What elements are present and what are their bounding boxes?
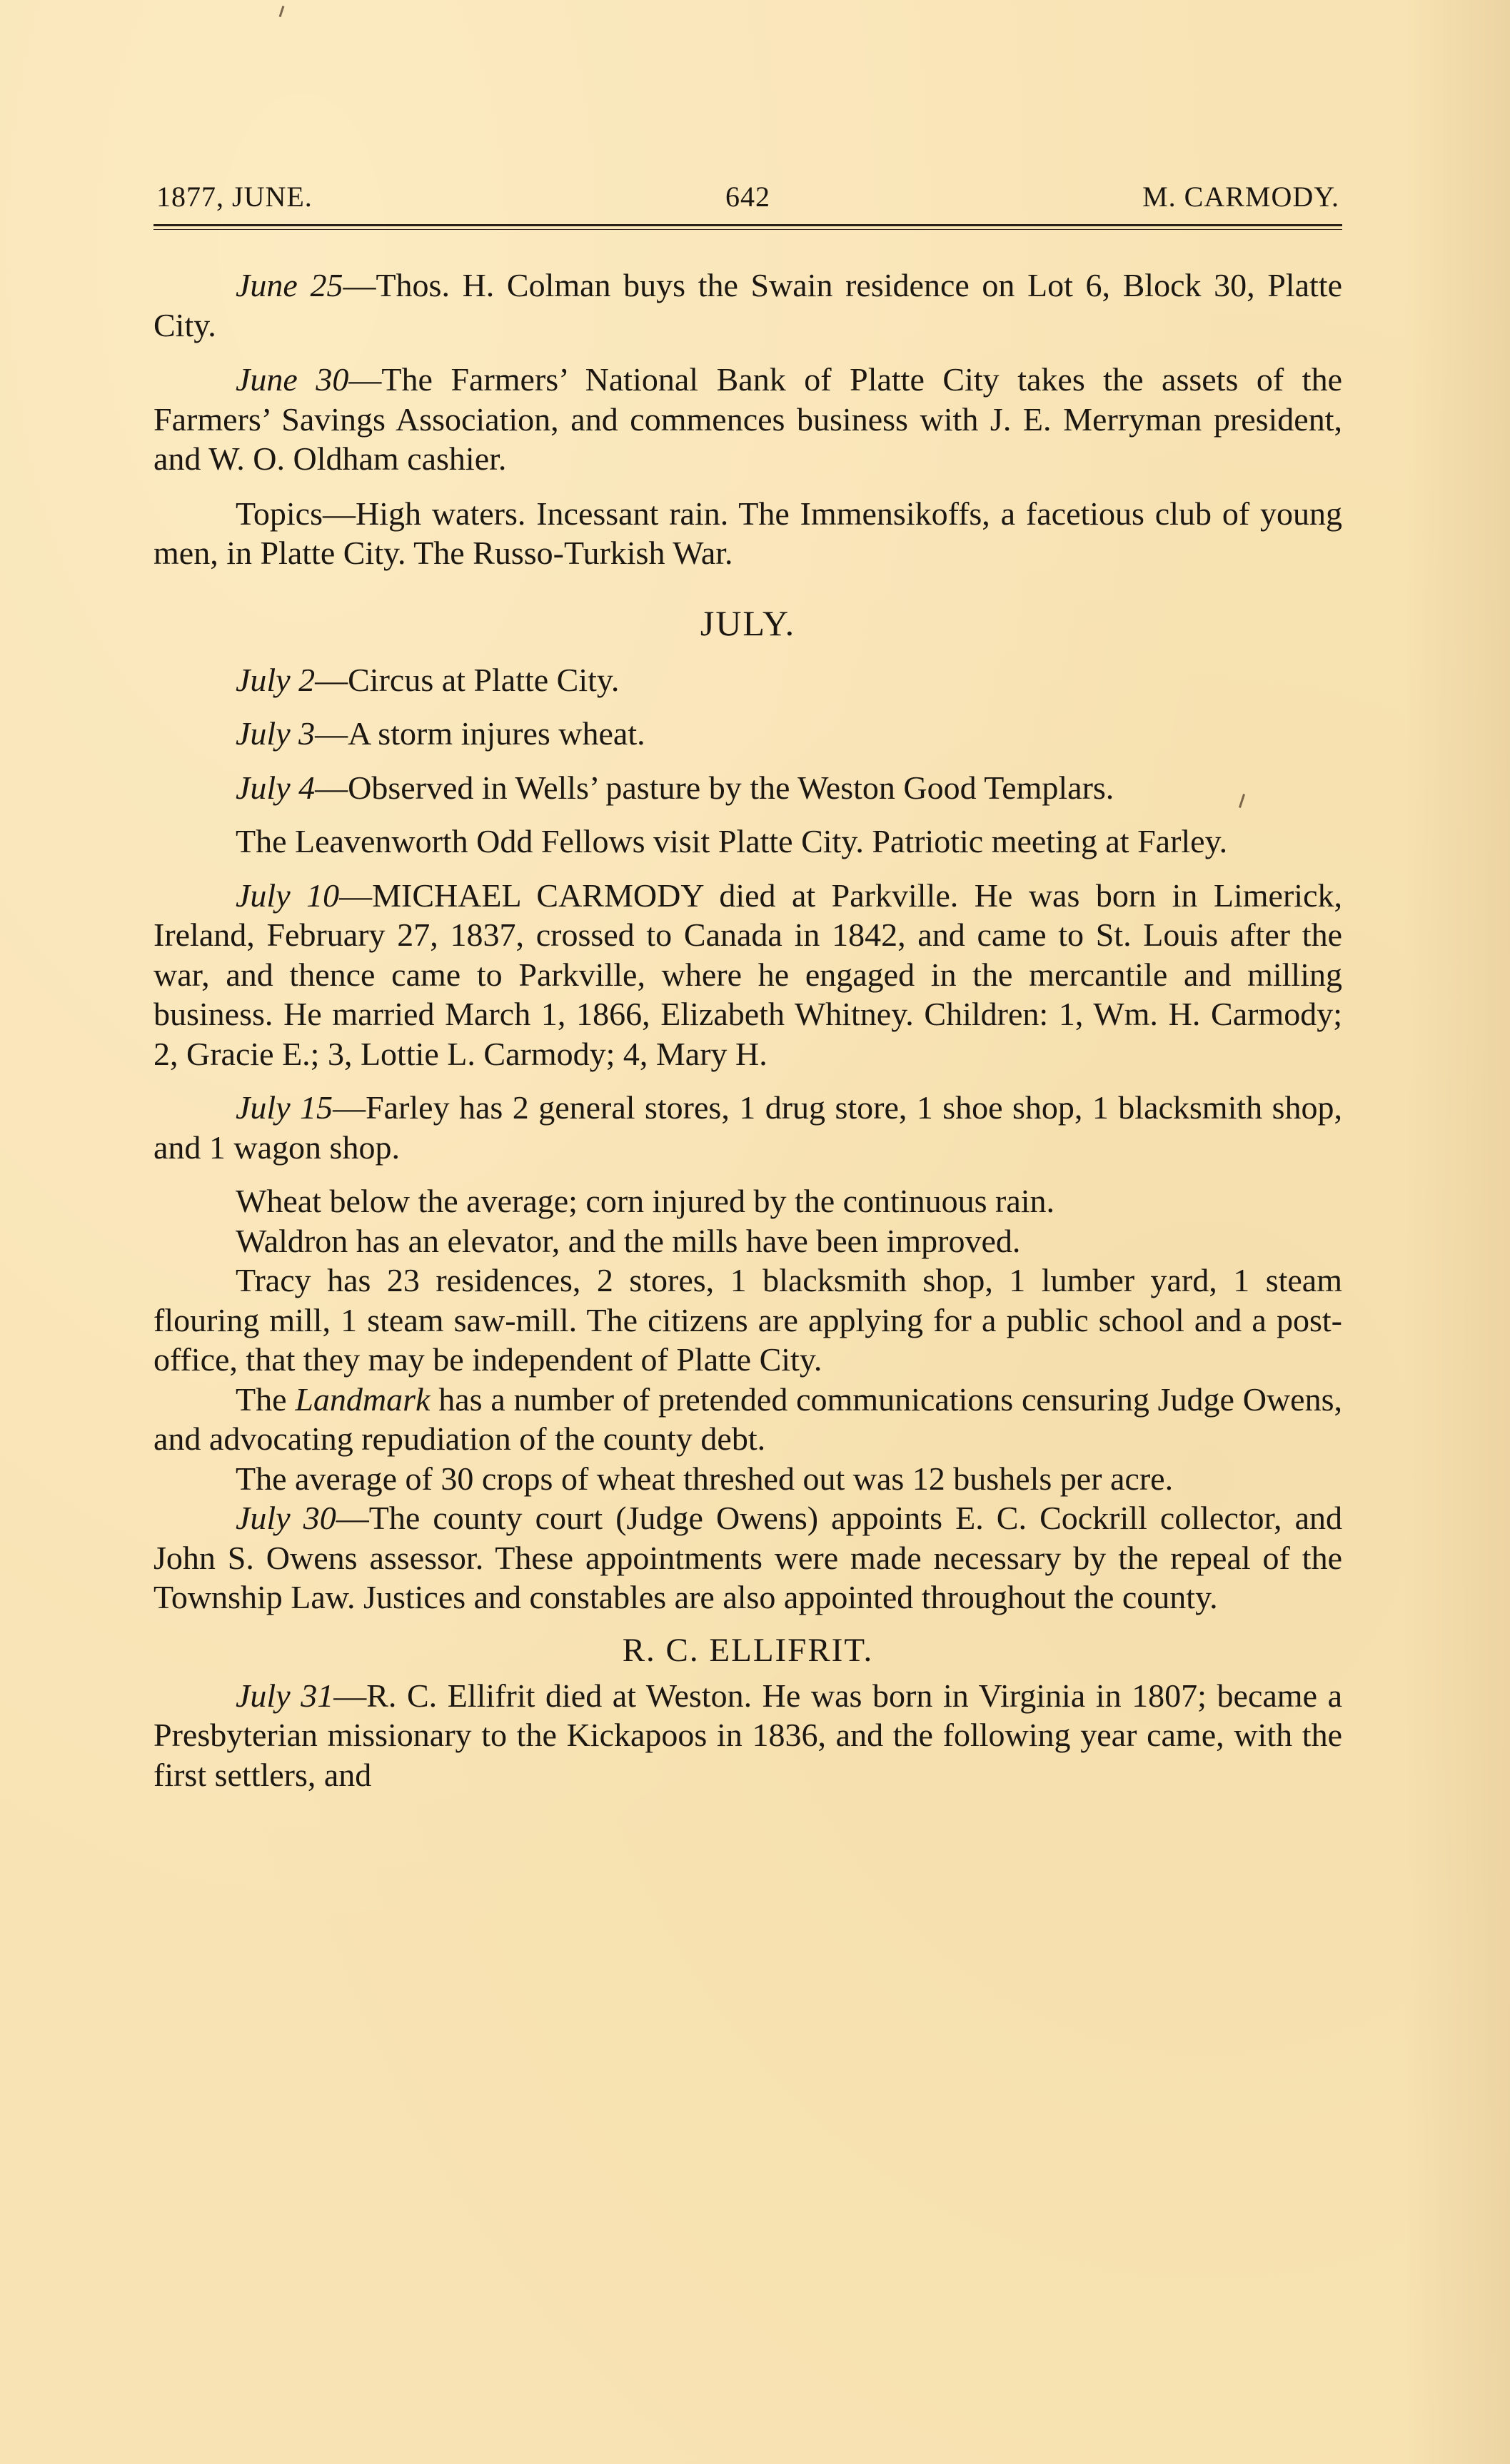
- entry-date: July 3: [236, 715, 315, 752]
- entry-july-3: July 3—A storm injures wheat.: [153, 714, 1342, 754]
- running-head: 1877, JUNE. 642 M. CARMODY.: [153, 178, 1342, 216]
- entry-date: July 31: [236, 1677, 333, 1714]
- entry-text: Topics—High waters. Incessant rain. The …: [153, 495, 1342, 572]
- entry-text-pre: The: [236, 1381, 295, 1418]
- entry-june-30: June 30—The Farmers’ National Bank of Pl…: [153, 360, 1342, 479]
- entry-topics: Topics—High waters. Incessant rain. The …: [153, 494, 1342, 573]
- entry-june-25: June 25—Thos. H. Colman buys the Swain r…: [153, 266, 1342, 345]
- newspaper-title: Landmark: [295, 1381, 430, 1418]
- entry-july-31: July 31—R. C. Ellifrit died at Weston. H…: [153, 1676, 1342, 1795]
- entry-date: June 30: [236, 361, 348, 398]
- entry-date: July 15: [236, 1089, 333, 1126]
- entry-wheat-average: The average of 30 crops of wheat threshe…: [153, 1459, 1342, 1499]
- entry-text: Waldron has an elevator, and the mills h…: [236, 1223, 1020, 1259]
- section-heading-july: JULY.: [153, 602, 1342, 645]
- entry-july-10: July 10—MICHAEL CARMODY died at Parkvill…: [153, 876, 1342, 1074]
- entry-wheat: Wheat below the average; corn injured by…: [153, 1181, 1342, 1221]
- entry-july-15: July 15—Farley has 2 general stores, 1 d…: [153, 1088, 1342, 1167]
- page-number: 642: [725, 178, 770, 216]
- entry-odd-fellows: The Leavenworth Odd Fellows visit Platte…: [153, 822, 1342, 862]
- entry-text: —Observed in Wells’ pasture by the Westo…: [315, 769, 1114, 806]
- entry-landmark: The Landmark has a number of pretended c…: [153, 1380, 1342, 1459]
- entry-july-2: July 2—Circus at Platte City.: [153, 660, 1342, 700]
- header-double-rule: [153, 224, 1342, 230]
- body-text: June 25—Thos. H. Colman buys the Swain r…: [153, 266, 1342, 1794]
- entry-waldron: Waldron has an elevator, and the mills h…: [153, 1221, 1342, 1261]
- entry-date: July 4: [236, 769, 315, 806]
- entry-date: July 30: [236, 1500, 336, 1536]
- entry-date: July 2: [236, 662, 315, 698]
- entry-date: June 25: [236, 267, 343, 303]
- entry-july-30: July 30—The county court (Judge Owens) a…: [153, 1498, 1342, 1617]
- entry-text: Tracy has 23 residences, 2 stores, 1 bla…: [153, 1262, 1342, 1378]
- entry-text: Wheat below the average; corn injured by…: [236, 1183, 1055, 1219]
- entry-text: —A storm injures wheat.: [315, 715, 645, 752]
- paper-blemish: [279, 6, 285, 17]
- book-page: 1877, JUNE. 642 M. CARMODY. June 25—Thos…: [153, 178, 1342, 1794]
- entry-july-4: July 4—Observed in Wells’ pasture by the…: [153, 768, 1342, 808]
- entry-tracy: Tracy has 23 residences, 2 stores, 1 bla…: [153, 1261, 1342, 1380]
- entry-text: The Leavenworth Odd Fellows visit Platte…: [236, 823, 1227, 859]
- running-head-right: M. CARMODY.: [1142, 178, 1339, 216]
- entry-text: —Circus at Platte City.: [315, 662, 619, 698]
- section-heading-ellifrit: R. C. ELLIFRIT.: [153, 1629, 1342, 1672]
- running-head-left: 1877, JUNE.: [156, 178, 313, 216]
- entry-date: July 10: [236, 877, 339, 914]
- entry-text: The average of 30 crops of wheat threshe…: [236, 1460, 1173, 1497]
